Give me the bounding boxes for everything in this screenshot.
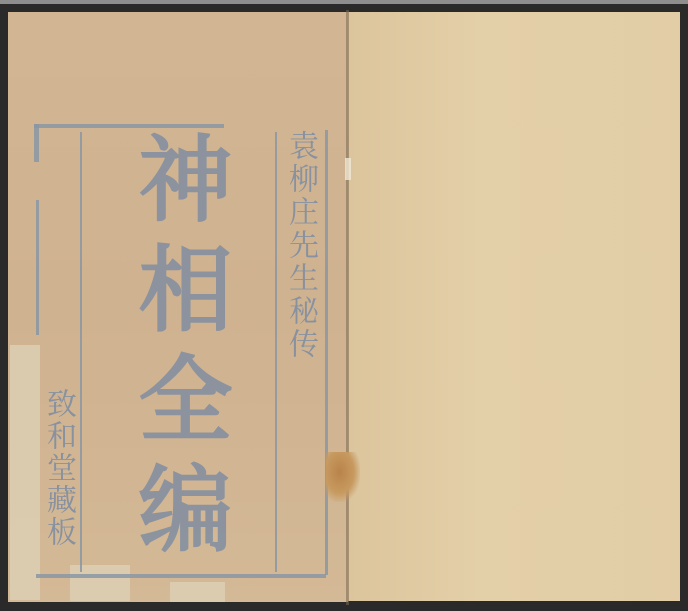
frame-inner-divider (275, 132, 277, 572)
frame-left-border (36, 200, 39, 335)
book-title: 神相全编 (110, 130, 245, 570)
book-spine-gutter (346, 10, 349, 605)
frame-inner-divider (80, 132, 82, 572)
frame-left-border (34, 124, 39, 162)
author-line: 袁柳庄先生秘传 (278, 130, 322, 361)
water-stain (326, 452, 360, 502)
right-page-blank-leaf (348, 12, 680, 601)
paper-patch (70, 565, 130, 601)
paper-patch (170, 582, 225, 602)
frame-top-border (34, 124, 224, 128)
publisher-line: 致和堂藏板 (36, 388, 80, 548)
frame-bottom-border (36, 574, 326, 578)
frame-right-border (325, 130, 328, 575)
viewer-top-bar (0, 0, 688, 4)
binding-thread (345, 158, 351, 180)
